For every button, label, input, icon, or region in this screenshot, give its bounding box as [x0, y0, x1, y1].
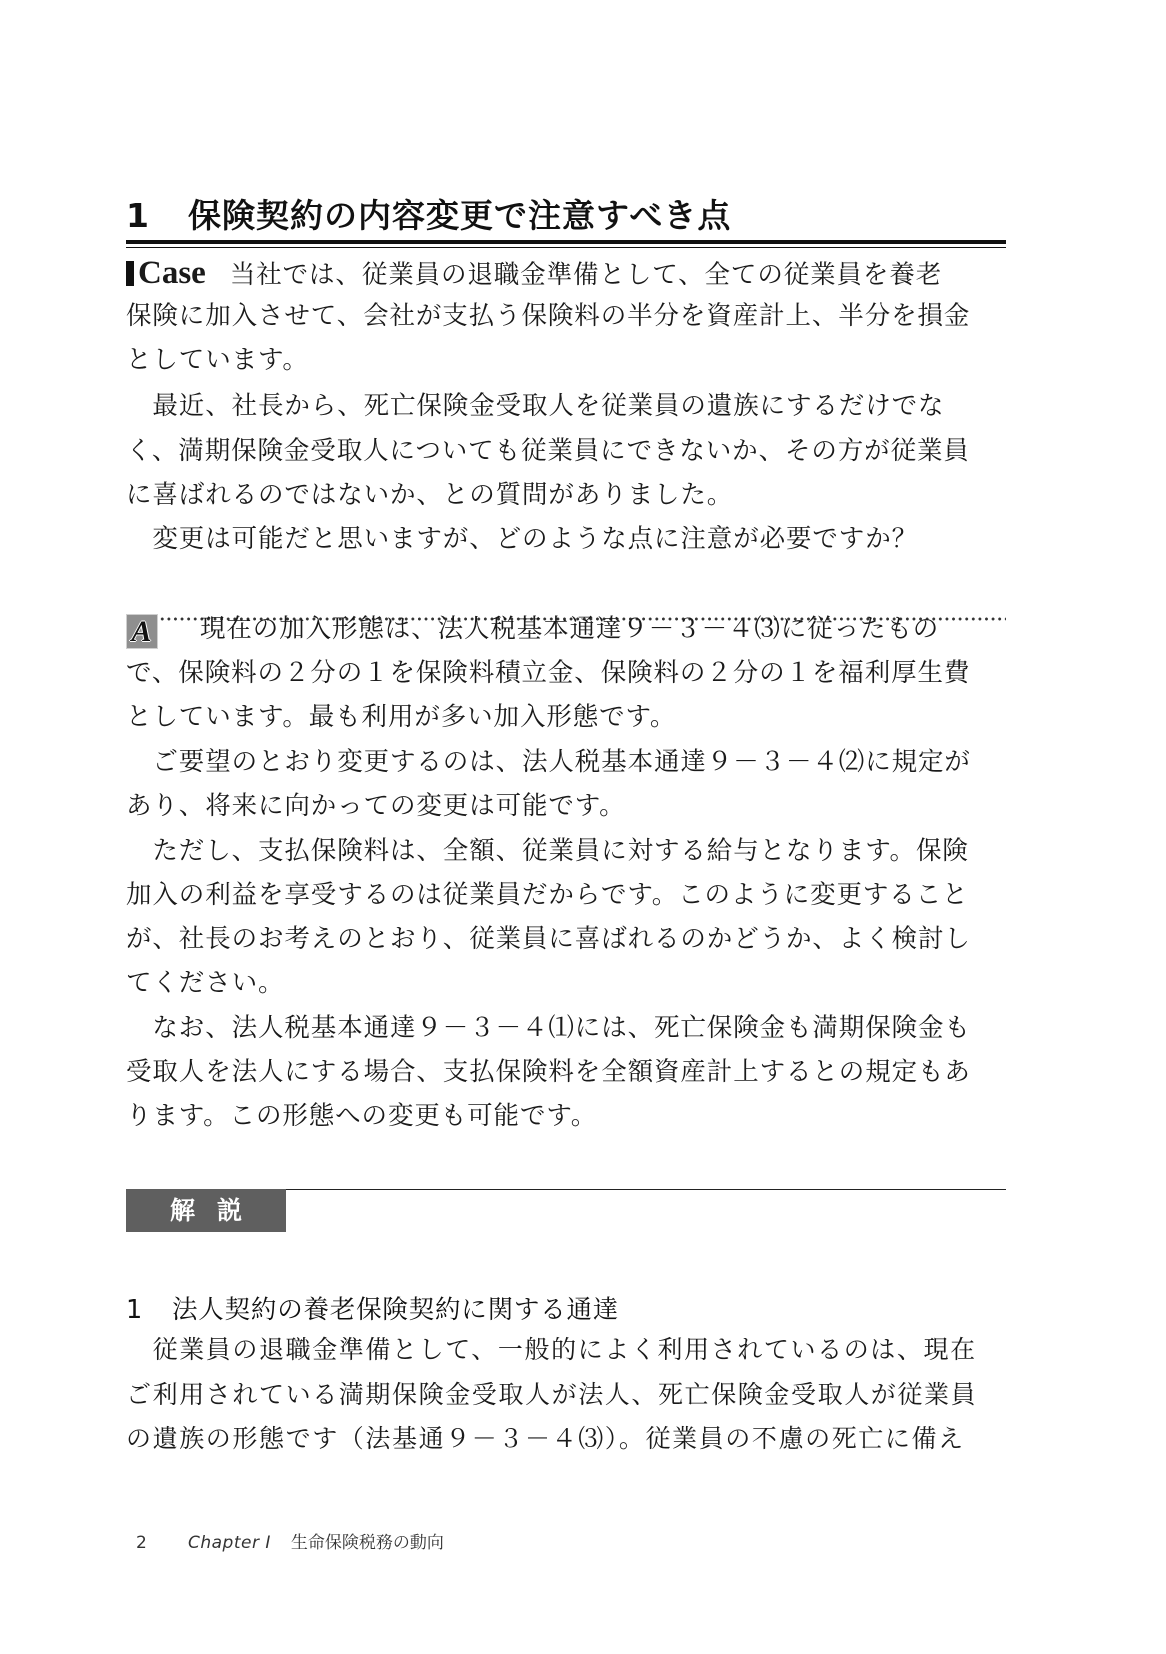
case-line-0: Case当社では、従業員の退職金準備として、全ての従業員を養老 [126, 256, 1006, 292]
case-text: 当社では、従業員の退職金準備として、全ての従業員を養老 [230, 260, 942, 290]
case-line-1: 保険に加入させて、会社が支払う保険料の半分を資産計上、半分を損金 [126, 299, 1006, 333]
section-title: 1保険契約の内容変更で注意すべき点 [126, 190, 1006, 237]
page-number: 2 [136, 1533, 188, 1553]
answer-line-1: で、保険料の２分の１を保険料積立金、保険料の２分の１を福利厚生費 [126, 656, 1006, 690]
commentary-line-0: 従業員の退職金準備として、一般的によく利用されているのは、現在 [126, 1333, 1006, 1367]
answer-text: 現在の加入形態は、法人税基本通達９－３－４⑶に従ったもの [200, 614, 939, 644]
case-line-2: としています。 [126, 343, 1006, 377]
commentary-label: 解説 [126, 1189, 286, 1232]
answer-line-4: あり、将来に向かっての変更は可能です。 [126, 789, 1006, 823]
commentary-rule [280, 1189, 1006, 1190]
subsection-number: 1 [126, 1295, 172, 1325]
page-footer: 2Chapter I生命保険税務の動向 [136, 1528, 444, 1553]
chapter-label: Chapter I [188, 1533, 271, 1553]
answer-line-7: が、社長のお考えのとおり、従業員に喜ばれるのかどうか、よく検討し [126, 922, 1006, 956]
answer-line-2: としています。最も利用が多い加入形態です。 [126, 700, 1006, 734]
title-rule-thin [126, 247, 1006, 248]
case-line-4: く、満期保険金受取人についても従業員にできないか、その方が従業員 [126, 434, 1006, 468]
case-label: Case [138, 255, 206, 291]
answer-a-icon: A [126, 614, 158, 649]
section-number: 1 [126, 196, 188, 235]
answer-line-6: 加入の利益を享受するのは従業員だからです。このように変更すること [126, 878, 1006, 912]
chapter-title: 生命保険税務の動向 [291, 1533, 444, 1553]
title-rule-thick [126, 240, 1006, 244]
answer-line-11: ります。この形態への変更も可能です。 [126, 1099, 1006, 1133]
answer-line-0: A現在の加入形態は、法人税基本通達９－３－４⑶に従ったもの [126, 612, 1006, 649]
case-line-5: に喜ばれるのではないか、との質問がありました。 [126, 478, 1006, 512]
answer-line-10: 受取人を法人にする場合、支払保険料を全額資産計上するとの規定もあ [126, 1055, 1006, 1089]
case-line-3: 最近、社長から、死亡保険金受取人を従業員の遺族にするだけでな [126, 389, 1006, 423]
subsection-title: 法人契約の養老保険契約に関する通達 [172, 1295, 619, 1325]
case-bar-icon [126, 261, 134, 286]
answer-line-5: ただし、支払保険料は、全額、従業員に対する給与となります。保険 [126, 834, 1006, 868]
answer-line-9: なお、法人税基本通達９－３－４⑴には、死亡保険金も満期保険金も [126, 1011, 1006, 1045]
case-line-6: 変更は可能だと思いますが、どのような点に注意が必要ですか？ [126, 522, 1006, 556]
subsection-heading: 1法人契約の養老保険契約に関する通達 [126, 1290, 619, 1326]
section-title-text: 保険契約の内容変更で注意すべき点 [188, 196, 731, 235]
book-page: 1保険契約の内容変更で注意すべき点 Case当社では、従業員の退職金準備として、… [0, 0, 1166, 1654]
commentary-line-1: ご利用されている満期保険金受取人が法人、死亡保険金受取人が従業員 [126, 1378, 1006, 1412]
commentary-line-2: の遺族の形態です（法基通９－３－４⑶）。従業員の不慮の死亡に備え [126, 1422, 1006, 1456]
answer-line-3: ご要望のとおり変更するのは、法人税基本通達９－３－４⑵に規定が [126, 745, 1006, 779]
answer-line-8: てください。 [126, 966, 1006, 1000]
